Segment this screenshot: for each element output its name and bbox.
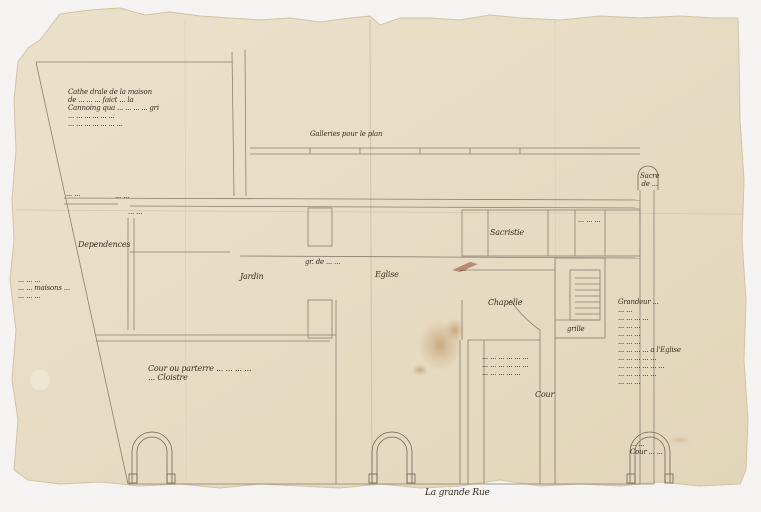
annotation-center-left-room: Jardin: [240, 272, 263, 281]
annotation-small-arrow-label: ...: [460, 265, 466, 273]
annotation-left-room: Dependences: [78, 240, 130, 249]
manuscript-plan-sheet: Cathe drale de la maison de ... ... ... …: [0, 0, 761, 512]
annotation-small-label-2: ... ...: [115, 192, 129, 200]
annotation-court-label: Cour: [535, 390, 554, 399]
annotation-right-top-cell: ... ... ...: [578, 216, 600, 224]
annotation-right-arch-label: ... ... Cour ... ...: [630, 440, 690, 456]
annotation-small-label-3: ... ...: [128, 208, 142, 216]
annotation-right-note: Grandeur ... ... ... ... ... ... ... ...…: [618, 298, 743, 387]
annotation-small-label-1: ... ...: [66, 190, 80, 198]
annotation-left-margin-note: ... ... ... ... ... maisons ... ... ... …: [18, 276, 98, 300]
annotation-center-room: Eglise: [375, 270, 399, 279]
annotation-top-wall-label: Galleries pour le plan: [310, 130, 382, 138]
annotation-center-passage: gr. de ... ...: [305, 258, 340, 266]
annotation-top-right-door: Sacre de ...: [640, 172, 659, 188]
plan-drawing: [0, 0, 761, 512]
annotation-bottom-street: La grande Rue: [425, 488, 490, 498]
annotation-right-top-room: Sacristie: [490, 228, 524, 237]
annotation-court-note: ... ... ... ... ... ... ... ... ... ... …: [482, 353, 592, 377]
annotation-staircase-label: grille: [567, 325, 585, 333]
annotation-top-left-note: Cathe drale de la maison de ... ... ... …: [68, 88, 238, 128]
annotation-lower-left-note: Cour ou parterre ... ... ... ... ... Clo…: [148, 364, 323, 382]
annotation-right-mid-room: Chapelle: [488, 298, 522, 307]
